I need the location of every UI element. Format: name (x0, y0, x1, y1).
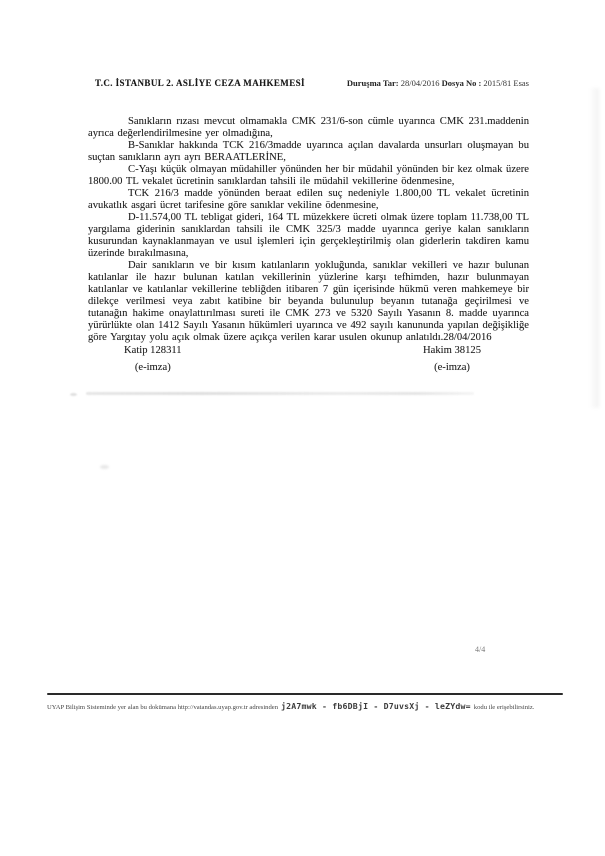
header-meta: Duruşma Tar: 28/04/2016 Dosya No : 2015/… (347, 78, 529, 88)
paragraph-cmk-231: Sanıkların rızası mevcut olmamakla CMK 2… (88, 116, 529, 140)
scan-speck (100, 465, 109, 469)
uyap-footer-prefix: UYAP Bilişim Sisteminde yer alan bu dokü… (47, 704, 278, 711)
paragraph-dair-karar: Dair sanıkların ve bir kısım katılanları… (88, 260, 529, 344)
scan-speck (70, 393, 77, 396)
paragraph-d-gider: D-11.574,00 TL tebligat gideri, 164 TL m… (88, 212, 529, 260)
hearing-date-value: 28/04/2016 (401, 78, 440, 88)
page-number: 4/4 (475, 645, 485, 654)
scanned-document-page: T.C. İSTANBUL 2. ASLİYE CEZA MAHKEMESİ D… (0, 0, 605, 856)
case-number-label: Dosya No : (442, 78, 482, 88)
clerk-name: Katip 128311 (124, 342, 182, 359)
judgment-body-text: Sanıkların rızası mevcut olmamakla CMK 2… (88, 116, 529, 344)
judge-signature-block: Hakim 38125 (e-imza) (423, 342, 481, 376)
judge-name: Hakim 38125 (423, 342, 481, 359)
hearing-date-label: Duruşma Tar: (347, 78, 399, 88)
uyap-access-code: j2A7mwk - fb6DBjI - D7uvsXj - leZYdw= (281, 701, 471, 711)
scan-smudge (86, 392, 474, 395)
paragraph-c-vekalet: C-Yaşı küçük olmayan müdahiller yönünden… (88, 164, 529, 188)
footer-divider (47, 693, 563, 695)
paragraph-b-beraat: B-Sanıklar hakkında TCK 216/3madde uyarı… (88, 140, 529, 164)
court-title: T.C. İSTANBUL 2. ASLİYE CEZA MAHKEMESİ (95, 78, 305, 88)
scan-edge-shadow (589, 88, 599, 408)
uyap-footer: UYAP Bilişim Sisteminde yer alan bu dokü… (47, 696, 587, 714)
uyap-footer-suffix: kodu ile erişebilirsiniz. (474, 704, 535, 711)
signature-row: Katip 128311 (e-imza) Hakim 38125 (e-imz… (88, 342, 529, 376)
clerk-signature-block: Katip 128311 (e-imza) (124, 342, 182, 376)
document-header: T.C. İSTANBUL 2. ASLİYE CEZA MAHKEMESİ D… (95, 78, 565, 88)
judge-esignature-label: (e-imza) (423, 359, 481, 376)
case-number-value: 2015/81 Esas (483, 78, 529, 88)
clerk-esignature-label: (e-imza) (124, 359, 182, 376)
paragraph-tck-216: TCK 216/3 madde yönünden beraat edilen s… (88, 188, 529, 212)
